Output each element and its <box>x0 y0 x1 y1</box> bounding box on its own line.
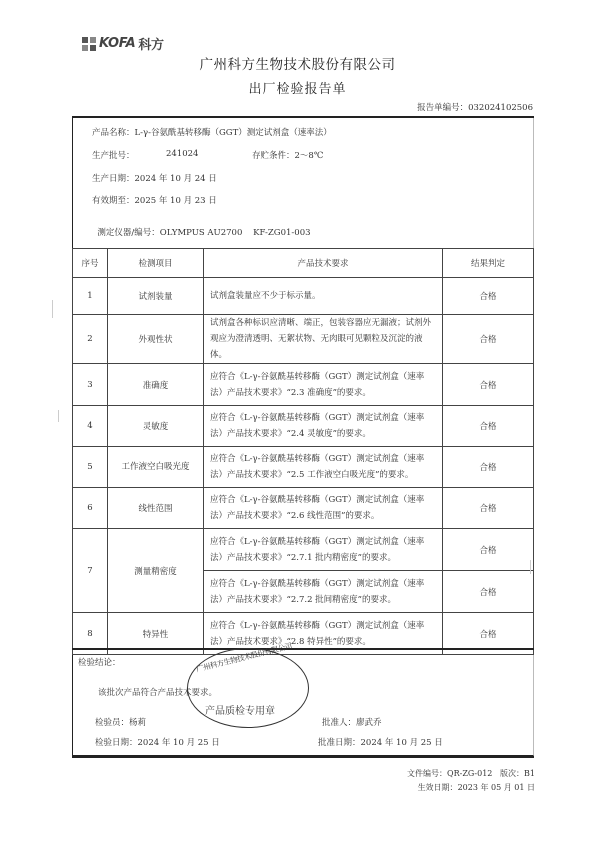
row-requirement: 试剂盒装量应不少于标示量。 <box>204 278 443 315</box>
approval-date-line: 批准日期：2024 年 10 月 25 日 <box>318 736 443 748</box>
production-date-label: 生产日期： <box>92 174 135 184</box>
production-date-line: 生产日期：2024 年 10 月 24 日 <box>92 172 217 184</box>
row-no: 4 <box>73 406 108 447</box>
expiry-line: 有效期至：2025 年 10 月 23 日 <box>92 194 217 206</box>
header-item: 检测项目 <box>108 249 204 278</box>
row-result: 合格 <box>443 447 534 488</box>
inspection-date: 2024 年 10 月 25 日 <box>138 738 220 748</box>
row-requirement: 应符合《L-γ-谷氨酰基转移酶（GGT）测定试剂盒（速率法）产品技术要求》“2.… <box>204 529 443 571</box>
approver-name: 廖武乔 <box>356 718 382 728</box>
scan-artifact <box>52 300 53 318</box>
expiry-label: 有效期至： <box>92 196 135 206</box>
table-row: 6 线性范围 应符合《L-γ-谷氨酰基转移酶（GGT）测定试剂盒（速率法）产品技… <box>73 488 534 529</box>
approval-date: 2024 年 10 月 25 日 <box>361 738 443 748</box>
row-requirement: 试剂盒各种标识应清晰、端正，包装容器应无漏液；试剂外观应为澄清透明、无絮状物、无… <box>204 315 443 364</box>
row-no: 7 <box>73 529 108 613</box>
logo-brand: KOFA <box>99 36 135 51</box>
instrument-line: 测定仪器/编号：OLYMPUS AU2700 KF-ZG01-003 <box>92 216 311 238</box>
row-result: 合格 <box>443 278 534 315</box>
row-item: 试剂装量 <box>108 278 204 315</box>
instrument-value: OLYMPUS AU2700 KF-ZG01-003 <box>160 228 311 238</box>
report-number-value: 032024102506 <box>468 103 533 113</box>
product-name: L-γ-谷氨酰基转移酶（GGT）测定试剂盒（速率法） <box>135 128 332 138</box>
report-number-label: 报告单编号： <box>417 103 468 113</box>
table-row: 3 准确度 应符合《L-γ-谷氨酰基转移酶（GGT）测定试剂盒（速率法）产品技术… <box>73 364 534 406</box>
header-result: 结果判定 <box>443 249 534 278</box>
row-result: 合格 <box>443 571 534 613</box>
table-row: 2 外观性状 试剂盒各种标识应清晰、端正，包装容器应无漏液；试剂外观应为澄清透明… <box>73 315 534 364</box>
approver-label: 批准人： <box>322 718 356 728</box>
row-item: 外观性状 <box>108 315 204 364</box>
row-result: 合格 <box>443 488 534 529</box>
scan-artifact <box>58 410 59 422</box>
table-row: 5 工作液空白吸光度 应符合《L-γ-谷氨酰基转移酶（GGT）测定试剂盒（速率法… <box>73 447 534 488</box>
inspector-name: 杨莉 <box>129 718 146 728</box>
storage-value: 2～8℃ <box>295 151 324 161</box>
table-header-row: 序号 检测项目 产品技术要求 结果判定 <box>73 249 534 278</box>
row-item: 灵敏度 <box>108 406 204 447</box>
approval-date-label: 批准日期： <box>318 738 361 748</box>
approver-line: 批准人：廖武乔 <box>322 716 382 728</box>
table-row: 4 灵敏度 应符合《L-γ-谷氨酰基转移酶（GGT）测定试剂盒（速率法）产品技术… <box>73 406 534 447</box>
table-row: 1 试剂装量 试剂盒装量应不少于标示量。 合格 <box>73 278 534 315</box>
row-requirement: 应符合《L-γ-谷氨酰基转移酶（GGT）测定试剂盒（速率法）产品技术要求》“2.… <box>204 447 443 488</box>
row-no: 6 <box>73 488 108 529</box>
row-no: 1 <box>73 278 108 315</box>
inspection-date-line: 检验日期：2024 年 10 月 25 日 <box>95 736 220 748</box>
document-title: 出厂检验报告单 <box>0 78 595 97</box>
inspector-label: 检验员： <box>95 718 129 728</box>
row-result: 合格 <box>443 529 534 571</box>
instrument-label: 测定仪器/编号： <box>97 228 159 238</box>
top-rule <box>72 116 534 118</box>
row-requirement: 应符合《L-γ-谷氨酰基转移酶（GGT）测定试剂盒（速率法）产品技术要求》“2.… <box>204 571 443 613</box>
storage-label: 存贮条件： <box>252 151 295 161</box>
expiry-date: 2025 年 10 月 23 日 <box>135 196 217 206</box>
table-row: 7 测量精密度 应符合《L-γ-谷氨酰基转移酶（GGT）测定试剂盒（速率法）产品… <box>73 529 534 571</box>
company-logo: KOFA 科方 <box>82 34 164 53</box>
batch-line: 生产批号： <box>92 149 135 161</box>
stamp-center-text: 产品质检专用章 <box>205 702 275 717</box>
product-name-line: 产品名称：L-γ-谷氨酰基转移酶（GGT）测定试剂盒（速率法） <box>92 126 332 138</box>
version-label: 版次： <box>500 769 524 778</box>
row-no: 3 <box>73 364 108 406</box>
header-requirement: 产品技术要求 <box>204 249 443 278</box>
row-item: 工作液空白吸光度 <box>108 447 204 488</box>
row-requirement: 应符合《L-γ-谷氨酰基转移酶（GGT）测定试剂盒（速率法）产品技术要求》“2.… <box>204 364 443 406</box>
results-table: 序号 检测项目 产品技术要求 结果判定 1 试剂装量 试剂盒装量应不少于标示量。… <box>72 248 534 655</box>
effective-date-label: 生效日期： <box>418 783 458 792</box>
version: B1 <box>524 769 535 778</box>
row-item: 线性范围 <box>108 488 204 529</box>
production-date: 2024 年 10 月 24 日 <box>135 174 217 184</box>
row-no: 5 <box>73 447 108 488</box>
logo-mark-icon <box>82 37 96 51</box>
file-no-label: 文件编号： <box>407 769 447 778</box>
conclusion-rule <box>72 648 534 650</box>
row-item: 准确度 <box>108 364 204 406</box>
report-number: 报告单编号：032024102506 <box>417 101 533 113</box>
product-name-label: 产品名称： <box>92 128 135 138</box>
effective-date: 2023 年 05 月 01 日 <box>458 783 535 792</box>
storage-line: 存贮条件：2～8℃ <box>252 149 323 161</box>
file-info: 文件编号：QR-ZG-012 版次：B1 <box>407 768 535 779</box>
row-item: 测量精密度 <box>108 529 204 613</box>
row-result: 合格 <box>443 406 534 447</box>
company-name: 广州科方生物技术股份有限公司 <box>0 53 595 73</box>
batch-value: 241024 <box>166 149 198 159</box>
scan-artifact <box>530 560 531 574</box>
bottom-rule <box>72 756 534 758</box>
inspector-line: 检验员：杨莉 <box>95 716 146 728</box>
logo-cn: 科方 <box>138 34 163 53</box>
row-no: 2 <box>73 315 108 364</box>
row-requirement: 应符合《L-γ-谷氨酰基转移酶（GGT）测定试剂盒（速率法）产品技术要求》“2.… <box>204 488 443 529</box>
file-no: QR-ZG-012 <box>447 769 492 778</box>
batch-label: 生产批号： <box>92 151 135 161</box>
row-result: 合格 <box>443 315 534 364</box>
effective-date-line: 生效日期：2023 年 05 月 01 日 <box>418 782 535 793</box>
header-no: 序号 <box>73 249 108 278</box>
row-result: 合格 <box>443 364 534 406</box>
inspection-date-label: 检验日期： <box>95 738 138 748</box>
conclusion-label: 检验结论： <box>78 656 121 668</box>
row-requirement: 应符合《L-γ-谷氨酰基转移酶（GGT）测定试剂盒（速率法）产品技术要求》“2.… <box>204 406 443 447</box>
